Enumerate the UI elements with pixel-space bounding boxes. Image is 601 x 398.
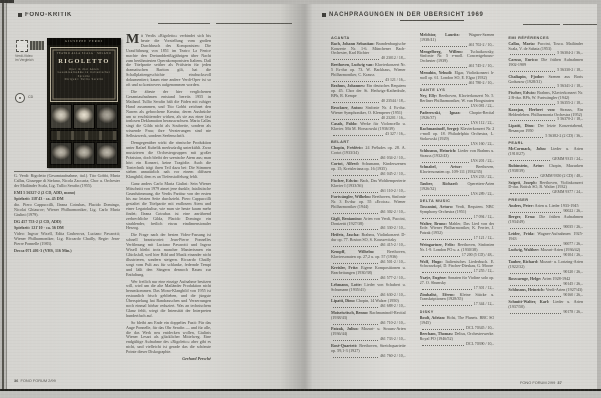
listing-entry: Weingartner, Felix: Beethoven, Sinfonien… (420, 243, 495, 258)
dot-leader (510, 157, 550, 161)
singer-portrait (50, 104, 72, 129)
catalog-number: LYS 289 / 22,– (471, 192, 495, 197)
article-paragraph: Ganz anders Carlo Maria Giulini: Sein Wi… (126, 182, 211, 231)
dot-leader (422, 64, 467, 68)
dot-leader (333, 293, 378, 297)
catalog-number: 461 415-2 / 10,– (380, 243, 406, 248)
dot-leader (510, 51, 555, 55)
dot-leader (510, 253, 561, 257)
article-paragraph: So bleibt am Ende ein doppeltes Fazit: F… (126, 321, 211, 355)
magazine-spread-scan: FONO-KRITIK Verdi-Video im Vergleich CD … (0, 0, 601, 398)
listing-entry: McCormack, John: Lieder u. Arien (1910/2… (508, 147, 583, 162)
listing-entry: Patzak, Julius: Mozart- u. Strauss-Arien… (331, 327, 406, 342)
scan-corner-mark (0, 0, 14, 3)
dot-leader (333, 210, 378, 214)
catalog-number: 17 094 / 12,– (474, 215, 495, 220)
reissue-listing: ACANTA Bach, Johann Sebastian: Brandenbu… (331, 33, 583, 380)
cd-icon (15, 93, 25, 103)
catalog-number: 461 710-2 / 10,– (380, 321, 406, 326)
catalog-number: 90160 / 26,– (563, 293, 583, 298)
dot-leader (422, 121, 469, 125)
catalog-number: 461 577-2 / 10,– (380, 276, 406, 281)
listing-entry: Heifetz, Jascha: Brahms, Violinkonzert D… (331, 233, 406, 248)
scan-edge-line (2, 0, 4, 398)
square-bullet-icon (322, 13, 326, 17)
listing-entry: Gigli, Beniamino: Arien von Verdi, Pucci… (331, 217, 406, 232)
listing-entry: Tauber, Richard: Mozart- u. Lortzing-Ari… (508, 260, 583, 275)
catalog-number: 43 121 / 16,– (385, 78, 406, 83)
caption-line: G. Verdi: Rigoletto (Gesamtaufnahme, ita… (14, 174, 120, 189)
caption-line: Video: Ingvar Wixell, Edita Gruberova, L… (14, 232, 120, 247)
dot-leader (333, 226, 378, 230)
dot-leader (422, 215, 472, 219)
dot-leader (422, 302, 472, 306)
dot-leader (422, 326, 465, 330)
dot-leader (510, 101, 555, 105)
dot-leader (510, 84, 555, 88)
catalog-number: 5 56355-2 / 18,– (557, 101, 583, 106)
dot-leader (422, 175, 469, 179)
left-page-number: 36 (14, 378, 18, 383)
dot-leader (333, 337, 378, 341)
catalog-number: GEMM 9377 / 24,– (552, 190, 583, 195)
left-section-header: FONO-KRITIK (18, 12, 72, 18)
dot-leader (510, 117, 555, 121)
dot-leader (510, 242, 561, 246)
cover-theatre-line: TEATRO ALLA SCALA · MILANO (51, 52, 117, 55)
catalog-number: 90104 / 26,– (563, 253, 583, 258)
scan-bed-strip (0, 391, 601, 398)
dot-leader (422, 159, 469, 163)
dot-leader (422, 192, 469, 196)
scan-edge-line-light (6, 0, 7, 398)
listing-entry: Szigeti, Joseph: Beethoven, Violinkonzer… (508, 181, 583, 196)
header-rule (563, 24, 597, 25)
header-rule (216, 23, 292, 24)
listing-entry: Walter, Bruno: Mahler, Das Lied von der … (420, 222, 495, 242)
header-rule (158, 23, 210, 24)
caption-line: dto. Piero Cappuccilli, Ileana Cotrubas,… (14, 203, 120, 218)
catalog-number: DCL 70390 / 10,– (466, 342, 494, 347)
listing-entry: Ney, Elly: Beethoven, Klavierkonzert Nr.… (420, 94, 495, 109)
catalog-number: 40 23201 / 16,– (381, 116, 405, 121)
catalog-number: 90120 / 26,– (563, 270, 583, 275)
dot-leader (333, 260, 378, 264)
singer-portrait (73, 142, 95, 165)
dot-leader (422, 342, 465, 346)
listing-entry: Tauber, Richard: Operetten-Arien (1926/3… (420, 182, 495, 197)
cover-top-banner: GIUSEPPE VERDI (47, 38, 121, 45)
article-paragraph: Demgegenüber wirkt die römische Produkti… (126, 141, 211, 180)
dot-leader (510, 310, 561, 314)
dot-leader (510, 68, 555, 72)
listing-entry: Wolf, Hugo: Italienisches Liederbuch. E.… (420, 260, 495, 275)
listing-entry: Beecham, Thomas: Delius, Orchesterwerke.… (420, 332, 495, 347)
catalog-number: 90077 / 26,– (563, 242, 583, 247)
right-footer-title: FONO FORUM 2/99 (520, 380, 555, 385)
catalog-number: LYS 160 / 22,– (471, 142, 495, 147)
catalog-number: 461 501-2 / 10,– (380, 260, 406, 265)
catalog-number: 461 302-2 / 10,– (380, 210, 406, 215)
dot-leader (510, 190, 550, 194)
cover-singer-photos (50, 104, 118, 165)
catalog-number: 5 56370-2 / 18,– (557, 117, 583, 122)
catalog-number: 461 110-2 / 10,– (380, 189, 406, 194)
listing-entry: Bach, Johann Sebastian: Brandenburgische… (331, 42, 406, 62)
catalog-number: LYS 233 / 22,– (471, 175, 495, 180)
catalog-number: 17 121 / 12,– (474, 236, 495, 241)
listing-entry: Ludwig, Walther: Mozart-Arien (1936/42)9… (508, 248, 583, 258)
catalog-number: LYS 112 / 22,– (471, 121, 494, 126)
margin-video-label: Verdi-Video im Vergleich (15, 54, 47, 62)
dot-leader (333, 132, 383, 136)
videocassette-icon (30, 41, 44, 50)
listing-entry: Paderewski, Ignaz: Chopin-Recital (1926/… (420, 111, 495, 126)
header-word-underline (400, 20, 464, 21)
dot-leader (510, 270, 561, 274)
dot-leader (333, 172, 378, 176)
catalog-number: 461 760-2 / 10,– (380, 354, 406, 359)
listing-entry: Anders, Peter: Arien u. Lieder 1933-1945… (508, 204, 583, 214)
article-lead-paragraph: Mit Verdis »Rigoletto« verbindet sich bi… (126, 34, 211, 88)
listing-entry: Menuhin, Yehudi: Elgar, Violinkonzert h-… (420, 71, 495, 86)
listing-entry: Lipatti, Dinu: Chopin, 14 Walzer (1950)4… (331, 299, 406, 309)
catalog-number: 90178 / 26,– (563, 310, 583, 315)
dot-leader (422, 104, 469, 108)
dot-leader (333, 276, 378, 280)
listing-entry: Brahms, Johannes: Ein deutsches Requiem … (331, 84, 406, 104)
listing-entry: Boult, Adrian: Holst, The Planets. BBC S… (420, 316, 495, 331)
dot-leader (333, 78, 383, 82)
photo-strip (50, 130, 118, 141)
listing-column-2: Melchior, Lauritz: Wagner-Szenen (1938/4… (420, 33, 495, 380)
listing-entry: Schnabel, Artur: Beethoven, Klaviersonat… (420, 165, 495, 180)
photo-row (50, 104, 118, 129)
catalog-number: 5 56330-2 / 18,– (557, 68, 583, 73)
listing-entry: Leider, Frida: Wagner-Aufnahmen 1925-194… (508, 232, 583, 247)
singer-portrait (96, 104, 118, 129)
review-article: Mit Verdis »Rigoletto« verbindet sich bi… (126, 34, 304, 377)
listing-entry: Karajan, Herbert von: Strauss, Ein Helde… (508, 108, 583, 123)
catalog-number: 461 330-2 / 10,– (380, 226, 406, 231)
square-bullet-icon (18, 13, 22, 17)
listing-entry: Rosé-Quartett: Beethoven, Streichquartet… (331, 344, 406, 359)
right-section-title: NACHPRÄGUNGEN IN DER ÜBERSICHT 1969 (329, 12, 484, 18)
video-format-icon (16, 40, 28, 52)
dot-leader (510, 282, 561, 286)
listing-entry: Fischer, Edwin: Bach, Das Wohltemperiert… (331, 179, 406, 194)
listing-column-1: ACANTA Bach, Johann Sebastian: Brandenbu… (331, 33, 406, 380)
catalog-number: 461 630-2 / 10,– (380, 293, 406, 298)
dot-leader (422, 81, 467, 85)
listing-column-3: EMI RÉFÉRENCES Callas, Maria: Puccini, T… (508, 33, 583, 380)
dot-leader (510, 209, 561, 213)
listing-entry: Lehmann, Lotte: Lieder von Schubert u. S… (331, 283, 406, 298)
article-paragraph: Wer freilich nur eine einzige Aufnahme b… (126, 280, 211, 319)
dot-leader (510, 134, 543, 138)
listing-entry: Rachmaninoff, Sergej: Klavierkonzert Nr.… (420, 127, 495, 147)
right-page-footer: FONO FORUM 2/99 37 (520, 380, 562, 385)
dot-leader (510, 225, 561, 229)
listing-entry: Furtwängler, Wilhelm: Beethoven, Sinfoni… (331, 195, 406, 215)
catalog-number: DCL 70345 / 10,– (466, 326, 494, 331)
catalog-number: 461 780-2 / 10,– (469, 81, 495, 86)
catalog-number: 5 56304-2 / 36,– (557, 51, 583, 56)
listing-entry: Mengelberg, Willem: Tschaikowsky, Sinfon… (420, 50, 495, 70)
header-rule (523, 24, 560, 25)
dot-leader (422, 142, 469, 146)
listing-entry: Caruso, Enrico: Die frühen Aufnahmen 190… (508, 58, 583, 73)
caption-line: Decca 071 401-3 (VHS, 116 Min.) (14, 249, 120, 254)
catalog-number: 461 733-2 / 10,– (380, 337, 406, 342)
dot-leader (422, 43, 467, 47)
listing-entry: Roswaenge, Helge: Arien 1928-194290145 /… (508, 277, 583, 287)
photo-row (50, 142, 118, 165)
listing-entry: Schlusnus, Heinrich: Verdi-Arien (1927/4… (508, 288, 583, 298)
catalog-number: 17 301 / 12,– (474, 286, 495, 291)
dot-leader (333, 56, 379, 60)
listing-entry: Ysaÿe, Eugène: Sonaten für Violine solo … (420, 276, 495, 291)
recording-credits-caption: G. Verdi: Rigoletto (Gesamtaufnahme, ita… (14, 171, 120, 255)
catalog-number: 43 327 / 16,– (385, 132, 406, 137)
catalog-number: 90022 / 26,– (563, 209, 583, 214)
dot-leader (510, 293, 561, 297)
catalog-number: 17 344 / 12,– (474, 302, 495, 307)
dot-leader (333, 304, 378, 308)
article-paragraph: Die älteste der hier verglichenen Gesamt… (126, 90, 211, 139)
dot-leader (333, 189, 378, 193)
listing-entry: Kempff, Wilhelm: Beethoven, Klaviersonat… (331, 250, 406, 265)
catalog-number: LYS 081 / 22,– (471, 104, 495, 109)
dot-leader (333, 243, 378, 247)
catalog-number: 461 702-2 / 10,– (469, 43, 495, 48)
listing-entry: Cortot, Alfred: Schumann, Kinderszenen o… (331, 162, 406, 177)
right-page-number: 37 (557, 380, 561, 385)
right-section-header: NACHPRÄGUNGEN IN DER ÜBERSICHT 1969 (322, 12, 484, 18)
listing-entry: Chopin, Frédéric: 24 Préludes op. 28. A.… (331, 146, 406, 161)
catalog-number: 5 56341-2 / 18,– (557, 84, 583, 89)
listing-entry: Casals, Pablo: Werke für Violoncello u. … (331, 122, 406, 137)
catalog-number: 17 200 (5 CD) / 48,– (462, 253, 494, 258)
catalog-number: 461 045-2 / 10,– (380, 172, 406, 177)
left-page-footer: 36 FONO FORUM 2/99 (14, 378, 56, 383)
catalog-number: 40 23544 / 18,– (381, 99, 405, 104)
catalog-number: GEMM 9315 / 24,– (552, 157, 583, 162)
listing-entry: Fischer, Edwin: Brahms, Klavierkonzert N… (508, 91, 583, 106)
listing-entry: Lipatti, Dinu: Der letzte Konzertabend, … (508, 124, 583, 139)
singer-portrait (50, 142, 72, 165)
listing-entry: Melchior, Lauritz: Wagner-Szenen (1938/4… (420, 33, 495, 48)
catalog-number: 461 745-2 / 10,– (469, 64, 495, 69)
record-cover-image: GIUSEPPE VERDI TEATRO ALLA SCALA · MILAN… (47, 38, 121, 168)
listing-entry: Schlusnus, Heinrich: Lieder von Brahms u… (420, 149, 495, 164)
catalog-number: 461 034-2 / 10,– (380, 156, 406, 161)
dot-leader (422, 286, 472, 290)
margin-cd-label: CD (28, 95, 33, 99)
listing-entry: Berger, Erna: Die frühen Aufnahmen (1934… (508, 215, 583, 230)
catalog-number: 461 688-2 / 10,– (380, 304, 406, 309)
listing-entry: Toscanini, Arturo: Verdi, Requiem. NBC S… (420, 205, 495, 220)
listing-entry: Rubinstein, Artur: Chopin, Mazurken (193… (508, 164, 583, 179)
dot-leader (333, 156, 378, 160)
cover-title-frame: TEATRO ALLA SCALA · MILANO RIGOLETTO Ope… (50, 47, 118, 102)
listing-entry: Bruckner, Anton: Sinfonie Nr. 4 Es-dur. … (331, 106, 406, 121)
catalog-number: 40 23012 / 18,– (381, 56, 405, 61)
listing-entry: Beethoven, Ludwig van: Klavierkonzert Nr… (331, 63, 406, 83)
listing-entry: Kreisler, Fritz: Eigene Kompositionen u.… (331, 266, 406, 281)
dot-leader (333, 99, 379, 103)
dot-leader (510, 174, 538, 178)
left-section-title: FONO-KRITIK (25, 12, 72, 18)
dot-leader (422, 269, 472, 273)
dot-leader (333, 116, 379, 120)
dropcap: M (126, 34, 141, 45)
singer-portrait (96, 142, 118, 165)
listing-entry: Zimbalist, Efrem: Kleine Stücke u. Trans… (420, 293, 495, 308)
dot-leader (333, 321, 378, 325)
listing-entry: Chaliapin, Fjodor: Szenen aus Boris Godu… (508, 75, 583, 90)
catalog-number: LYS 201 / 22,– (471, 159, 495, 164)
catalog-number: 5 56382-2 (2 CD) / 36,– (545, 134, 583, 139)
catalog-number: 90145 / 26,– (563, 282, 583, 287)
article-paragraph: Die Frage nach der besten Video-Fassung … (126, 233, 211, 277)
listing-entry: Callas, Maria: Puccini, Tosca. Mailänder… (508, 42, 583, 57)
left-footer-title: FONO FORUM 2/99 (21, 378, 56, 383)
singer-portrait (73, 104, 95, 129)
catalog-number: GEMM 9350 (2 CD) / 48,– (540, 174, 583, 179)
article-author: Gerhard Persché (126, 357, 211, 362)
listing-entry: Schmitt-Walter, Karl: Lieder u. Arien (1… (508, 300, 583, 315)
dot-leader (422, 253, 460, 257)
dot-leader (333, 354, 378, 358)
dot-leader (422, 236, 472, 240)
listing-entry: Moiseiwitsch, Benno: Rachmaninoff-Recita… (331, 311, 406, 326)
catalog-number: 90035 / 26,– (563, 225, 583, 230)
catalog-number: 17 255 / 12,– (474, 269, 495, 274)
cover-title: RIGOLETTO (51, 58, 117, 66)
